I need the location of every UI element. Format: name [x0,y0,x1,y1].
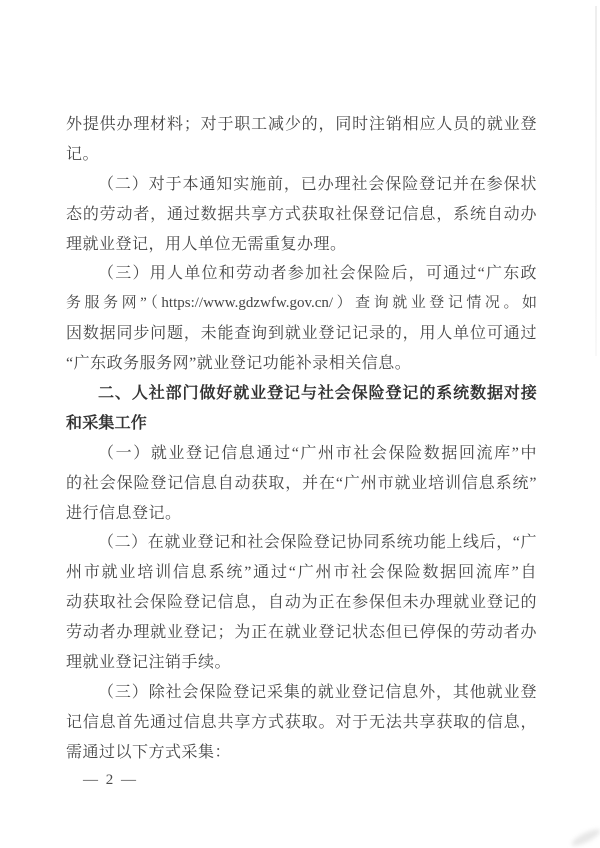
text-line: 因数据同步问题，未能查询到就业登记记录的，用人单位可通过 [66,319,537,349]
text-line: 的社会保险登记信息自动获取，并在“广州市就业培训信息系统” [66,469,537,499]
text-line: 理就业登记注销手续。 [66,648,537,678]
text-line: 进行信息登记。 [66,499,537,529]
text-line: （二）对于本通知实施前，已办理社会保险登记并在参保状 [66,170,537,200]
scanned-document-page: 外提供办理材料；对于职工减少的，同时注销相应人员的就业登 记。 （二）对于本通知… [0,0,600,848]
text-line: 动获取社会保险登记信息，自动为正在参保但未办理就业登记的 [66,588,537,618]
text-line: “广东政务服务网”就业登记功能补录相关信息。 [66,349,537,379]
text-line-with-url: 务服务网”（https://www.gdzwfw.gov.cn/）查询就业登记情… [66,289,537,319]
scan-smudge-artifact [570,826,600,848]
text-line: 外提供办理材料；对于职工减少的，同时注销相应人员的就业登 [66,110,537,140]
text-line: （二）在就业登记和社会保险登记协同系统功能上线后，“广 [66,528,537,558]
scan-edge-artifact [595,6,597,356]
text-line: 理就业登记，用人单位无需重复办理。 [66,230,537,260]
document-text-block: 外提供办理材料；对于职工减少的，同时注销相应人员的就业登 记。 （二）对于本通知… [66,110,537,768]
text-line: 劳动者办理就业登记；为正在就业登记状态但已停保的劳动者办 [66,618,537,648]
text-line: （三）除社会保险登记采集的就业登记信息外，其他就业登 [66,678,537,708]
text-line: 需通过以下方式采集： [66,738,537,768]
text-line: 态的劳动者，通过数据共享方式获取社保登记信息，系统自动办 [66,200,537,230]
text-line: （三）用人单位和劳动者参加社会保险后，可通过“广东政 [66,259,537,289]
page-number: — 2 — [83,772,138,789]
section-heading-line: 和采集工作 [66,409,537,439]
text-line: 记信息首先通过信息共享方式获取。对于无法共享获取的信息， [66,708,537,738]
text-line: 州市就业培训信息系统”通过“广州市社会保险数据回流库”自 [66,558,537,588]
section-heading-line: 二、人社部门做好就业登记与社会保险登记的系统数据对接 [66,379,537,409]
text-line: 记。 [66,140,537,170]
text-line: （一）就业登记信息通过“广州市社会保险数据回流库”中 [66,439,537,469]
